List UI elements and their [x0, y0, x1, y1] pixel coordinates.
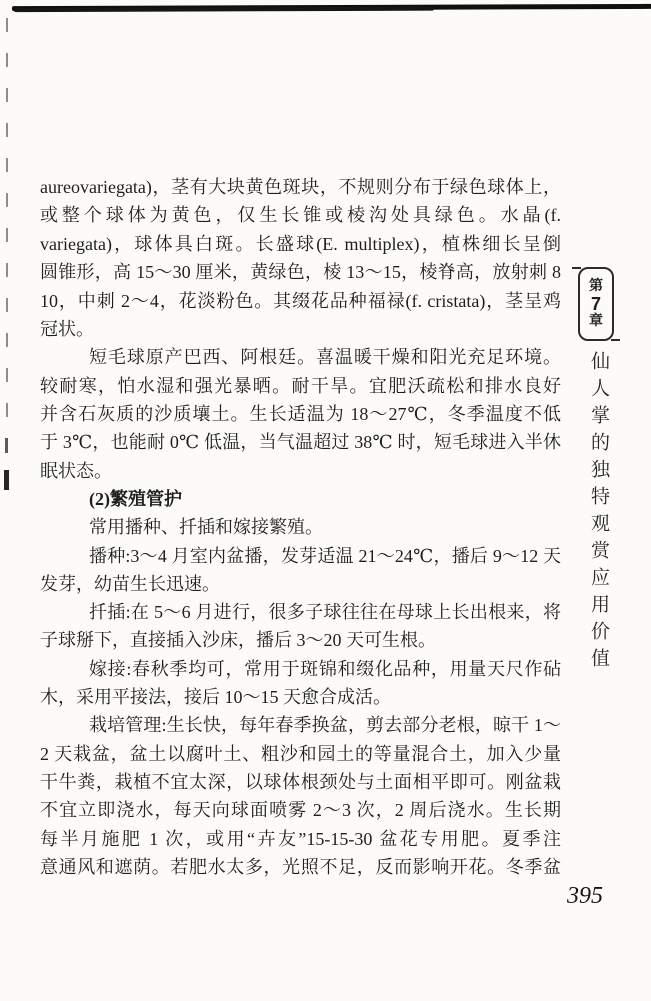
text-line: 栽培管理:生长快，每年春季换盆，剪去部分老根，晾干 1～: [40, 711, 561, 739]
text-line: 2 天栽盆，盆土以腐叶土、粗沙和园土的等量混合土，加入少量: [40, 740, 561, 768]
text-line: 常用播种、扦插和嫁接繁殖。: [40, 513, 561, 541]
scan-edge-line: [12, 4, 651, 11]
text-line: (2)繁殖管护: [40, 485, 561, 513]
text-line: 发芽，幼苗生长迅速。: [40, 570, 561, 598]
text-line: 子球掰下，直接插入沙床，播后 3～20 天可生根。: [40, 626, 561, 654]
chapter-tab: 第 7 章: [578, 267, 614, 341]
text-line: 木，采用平接法，接后 10～15 天愈合成活。: [40, 683, 561, 711]
text-line: 眠状态。: [40, 457, 561, 485]
text-line: 每半月施肥 1 次，或用“卉友”15-15-30 盆花专用肥。夏季注: [40, 825, 561, 853]
chapter-tab-suffix: 章: [589, 314, 603, 329]
chapter-tab-prefix: 第: [589, 279, 603, 294]
text-line: 或整个球体为黄色，仅生长锥或棱沟处具绿色。水晶(f.: [40, 201, 561, 229]
text-line: 干牛粪，栽植不宜太深，以球体根颈处与土面相平即可。刚盆栽: [40, 768, 561, 796]
text-line: 嫁接:春秋季均可，常用于斑锦和缀化品种，用量天尺作砧: [40, 655, 561, 683]
text-block: aureovariegata)，茎有大块黄色斑块，不规则分布于绿色球体上，或整个…: [40, 173, 561, 881]
text-line: 短毛球原产巴西、阿根廷。喜温暖干燥和阳光充足环境。: [40, 343, 561, 371]
text-line: 意通风和遮荫。若肥水太多，光照不足，反而影响开花。冬季盆: [40, 853, 561, 881]
text-line: 较耐寒，怕水湿和强光暴晒。耐干旱。宜肥沃疏松和排水良好: [40, 372, 561, 400]
chapter-side-caption: 仙人掌的独特观赏应用价值: [585, 351, 612, 675]
binding-dash-darker: [4, 470, 9, 490]
text-line: 并含石灰质的沙质壤土。生长适温为 18～27℃，冬季温度不低: [40, 400, 561, 428]
text-line: 不宜立即浇水，每天向球面喷雾 2～3 次，2 周后浇水。生长期: [40, 796, 561, 824]
text-line: 冠状。: [40, 315, 561, 343]
text-line: 10，中刺 2～4，花淡粉色。其缀花品种福禄(f. cristata)，茎呈鸡: [40, 287, 561, 315]
chapter-tab-number: 7: [591, 295, 601, 313]
text-line: 于 3℃，也能耐 0℃ 低温，当气温超过 38℃ 时，短毛球进入半休: [40, 428, 561, 456]
text-line: variegata)，球体具白斑。长盛球(E. multiplex)，植株细长呈…: [40, 230, 561, 258]
binding-dash-dark: [5, 438, 8, 453]
text-line: 扦插:在 5～6 月进行，很多子球往往在母球上长出根来，将: [40, 598, 561, 626]
text-line: aureovariegata)，茎有大块黄色斑块，不规则分布于绿色球体上，: [40, 173, 561, 201]
page-number: 395: [567, 883, 603, 910]
text-line: 圆锥形，高 15～30 厘米，黄绿色，棱 13～15，棱脊高，放射刺 8～: [40, 258, 561, 287]
binding-dash-marks: [6, 18, 8, 488]
text-line: 播种:3～4 月室内盆播，发芽适温 21～24℃，播后 9～12 天: [40, 542, 561, 570]
